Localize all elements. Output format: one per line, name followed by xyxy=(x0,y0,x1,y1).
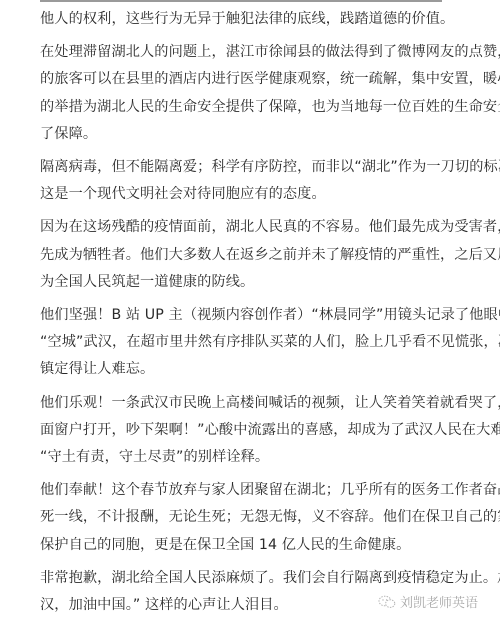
text-line: “守土有责，守土尽责”的别样诠释。 xyxy=(40,444,444,471)
paragraph-2: 在处理滞留湖北人的问题上，湛江市徐闻县的做法得到了微博网友的点赞，湖北 的旅客可… xyxy=(40,39,444,148)
text-line: 他们乐观！一条武汉市民晚上高楼间喊话的视频，让人笑着笑着就看哭了，“对 xyxy=(40,390,444,417)
text-line: 面窗户打开，吵下架啊！”心酸中流露出的喜感，却成为了武汉人民在大难面前 xyxy=(40,417,444,444)
text-line: 死一线，不计报酬，无论生死；无怨无悔，义不容辞。他们在保卫自己的家园， xyxy=(40,504,444,531)
paragraph-6: 他们乐观！一条武汉市民晚上高楼间喊话的视频，让人笑着笑着就看哭了，“对 面窗户打… xyxy=(40,390,444,472)
watermark: 刘凯老师英语 xyxy=(378,592,478,611)
text-line: 了保障。 xyxy=(40,121,444,148)
text-line: 镇定得让人难忘。 xyxy=(40,356,444,383)
text-line: 先成为牺牲者。他们大多数人在返乡之前并未了解疫情的严重性，之后又用坚守 xyxy=(40,242,444,269)
top-divider xyxy=(40,0,442,2)
text-line: 隔离病毒，但不能隔离爱；科学有序防控，而非以“湖北”作为一刀切的标准， xyxy=(40,154,444,181)
text-line: 在处理滞留湖北人的问题上，湛江市徐闻县的做法得到了微博网友的点赞，湖北 xyxy=(40,39,444,66)
text-line: 保护自己的同胞，更是在保卫全国 14 亿人民的生命健康。 xyxy=(40,532,444,559)
text-line: 这是一个现代文明社会对待同胞应有的态度。 xyxy=(40,181,444,208)
text-line: 他们奉献！这个春节放弃与家人团聚留在湖北；几乎所有的医务工作者奋战在生 xyxy=(40,477,444,504)
text-line: 的举措为湖北人民的生命安全提供了保障，也为当地每一位百姓的生命安全提供 xyxy=(40,94,444,121)
text-line: 他们坚强！B 站 UP 主（视频内容创作者）“林晨同学”用镜头记录了他眼中的 xyxy=(40,302,444,329)
article-body: 他人的权利，这些行为无异于触犯法律的底线，践踏道德的价值。 在处理滞留湖北人的问… xyxy=(40,6,444,625)
text-line: 因为在这场残酷的疫情面前，湖北人民真的不容易。他们最先成为受害者，也最 xyxy=(40,214,444,241)
paragraph-1: 他人的权利，这些行为无异于触犯法律的底线，践踏道德的价值。 xyxy=(40,6,444,33)
text-line: 为全国人民筑起一道健康的防线。 xyxy=(40,269,444,296)
paragraph-5: 他们坚强！B 站 UP 主（视频内容创作者）“林晨同学”用镜头记录了他眼中的 “… xyxy=(40,302,444,384)
text-line: “空城”武汉，在超市里井然有序排队买菜的人们，脸上几乎看不见慌张，冷静 xyxy=(40,329,444,356)
text-line: 他人的权利，这些行为无异于触犯法律的底线，践踏道德的价值。 xyxy=(40,6,444,33)
watermark-text: 刘凯老师英语 xyxy=(400,592,478,611)
text-line: 非常抱歉，湖北给全国人民添麻烦了。我们会自行隔离到疫情稳定为止。加油武 xyxy=(40,565,444,592)
wechat-icon xyxy=(378,595,396,609)
paragraph-7: 他们奉献！这个春节放弃与家人团聚留在湖北；几乎所有的医务工作者奋战在生 死一线，… xyxy=(40,477,444,559)
text-line: 的旅客可以在县里的酒店内进行医学健康观察，统一疏解，集中安置，暖心包容 xyxy=(40,66,444,93)
paragraph-3: 隔离病毒，但不能隔离爱；科学有序防控，而非以“湖北”作为一刀切的标准， 这是一个… xyxy=(40,154,444,208)
paragraph-4: 因为在这场残酷的疫情面前，湖北人民真的不容易。他们最先成为受害者，也最 先成为牺… xyxy=(40,214,444,296)
